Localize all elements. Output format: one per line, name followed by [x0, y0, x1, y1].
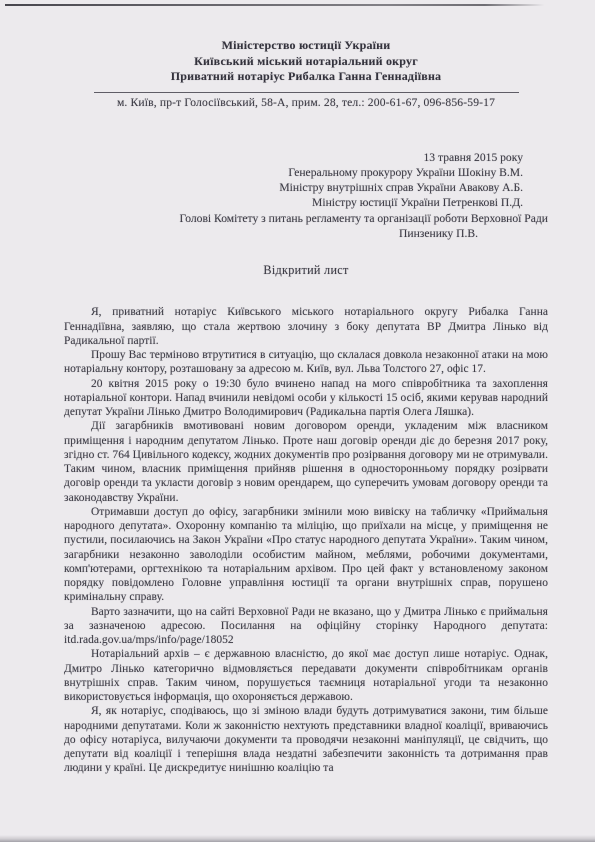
- paragraph-intro: Я, приватний нотаріус Київського міськог…: [64, 305, 548, 348]
- recipient-committee-head-name: Пинзенику П.В.: [64, 226, 548, 241]
- paragraph-attack: 20 квітня 2015 року о 19:30 було вчинено…: [64, 377, 548, 420]
- recipient-justice-minister: Міністру юстиції України Петренкові П.Д.: [64, 195, 548, 210]
- paragraph-seizure: Отримавши доступ до офісу, загарбники зм…: [64, 505, 548, 605]
- letterhead-notarial-district: Київський міський нотаріальний округ: [64, 54, 548, 70]
- letter-title: Відкритий лист: [64, 263, 548, 278]
- paragraph-conclusion: Я, як нотаріус, сподіваюсь, що зі зміною…: [64, 704, 548, 775]
- scanned-letter-page: Міністерство юстиції України Київський м…: [0, 0, 595, 842]
- scan-edge-bottom-band: [0, 835, 595, 842]
- letterhead-divider: [94, 92, 519, 93]
- letterhead-ministry: Міністерство юстиції України: [64, 38, 548, 54]
- scan-edge-top-line: [5, 4, 550, 6]
- paragraph-request: Прошу Вас терміново втрутитися в ситуаці…: [64, 348, 548, 377]
- paragraph-archive: Нотаріальний архів – є державною власніс…: [64, 647, 548, 704]
- paragraph-lease: Дії загарбників вмотивовані новим догово…: [64, 419, 548, 505]
- letterhead-address: м. Київ, пр-т Голосіївський, 58-А, прим.…: [64, 95, 548, 110]
- letterhead: Міністерство юстиції України Київський м…: [64, 38, 548, 110]
- recipient-prosecutor-general: Генеральному прокурору України Шокіну В.…: [64, 165, 548, 180]
- recipient-committee-head: Голові Комітету з питань регламенту та о…: [64, 211, 548, 226]
- paragraph-rada-site: Варто зазначити, що на сайті Верховної Р…: [64, 605, 548, 648]
- addressee-block: 13 травня 2015 року Генеральному прокуро…: [64, 150, 548, 242]
- letterhead-notary-name: Приватний нотаріус Рибалка Ганна Геннаді…: [64, 69, 548, 85]
- letter-body: Я, приватний нотаріус Київського міськог…: [64, 305, 548, 775]
- recipient-interior-minister: Міністру внутрішніх справ України Аваков…: [64, 180, 548, 195]
- date-line: 13 травня 2015 року: [64, 150, 548, 165]
